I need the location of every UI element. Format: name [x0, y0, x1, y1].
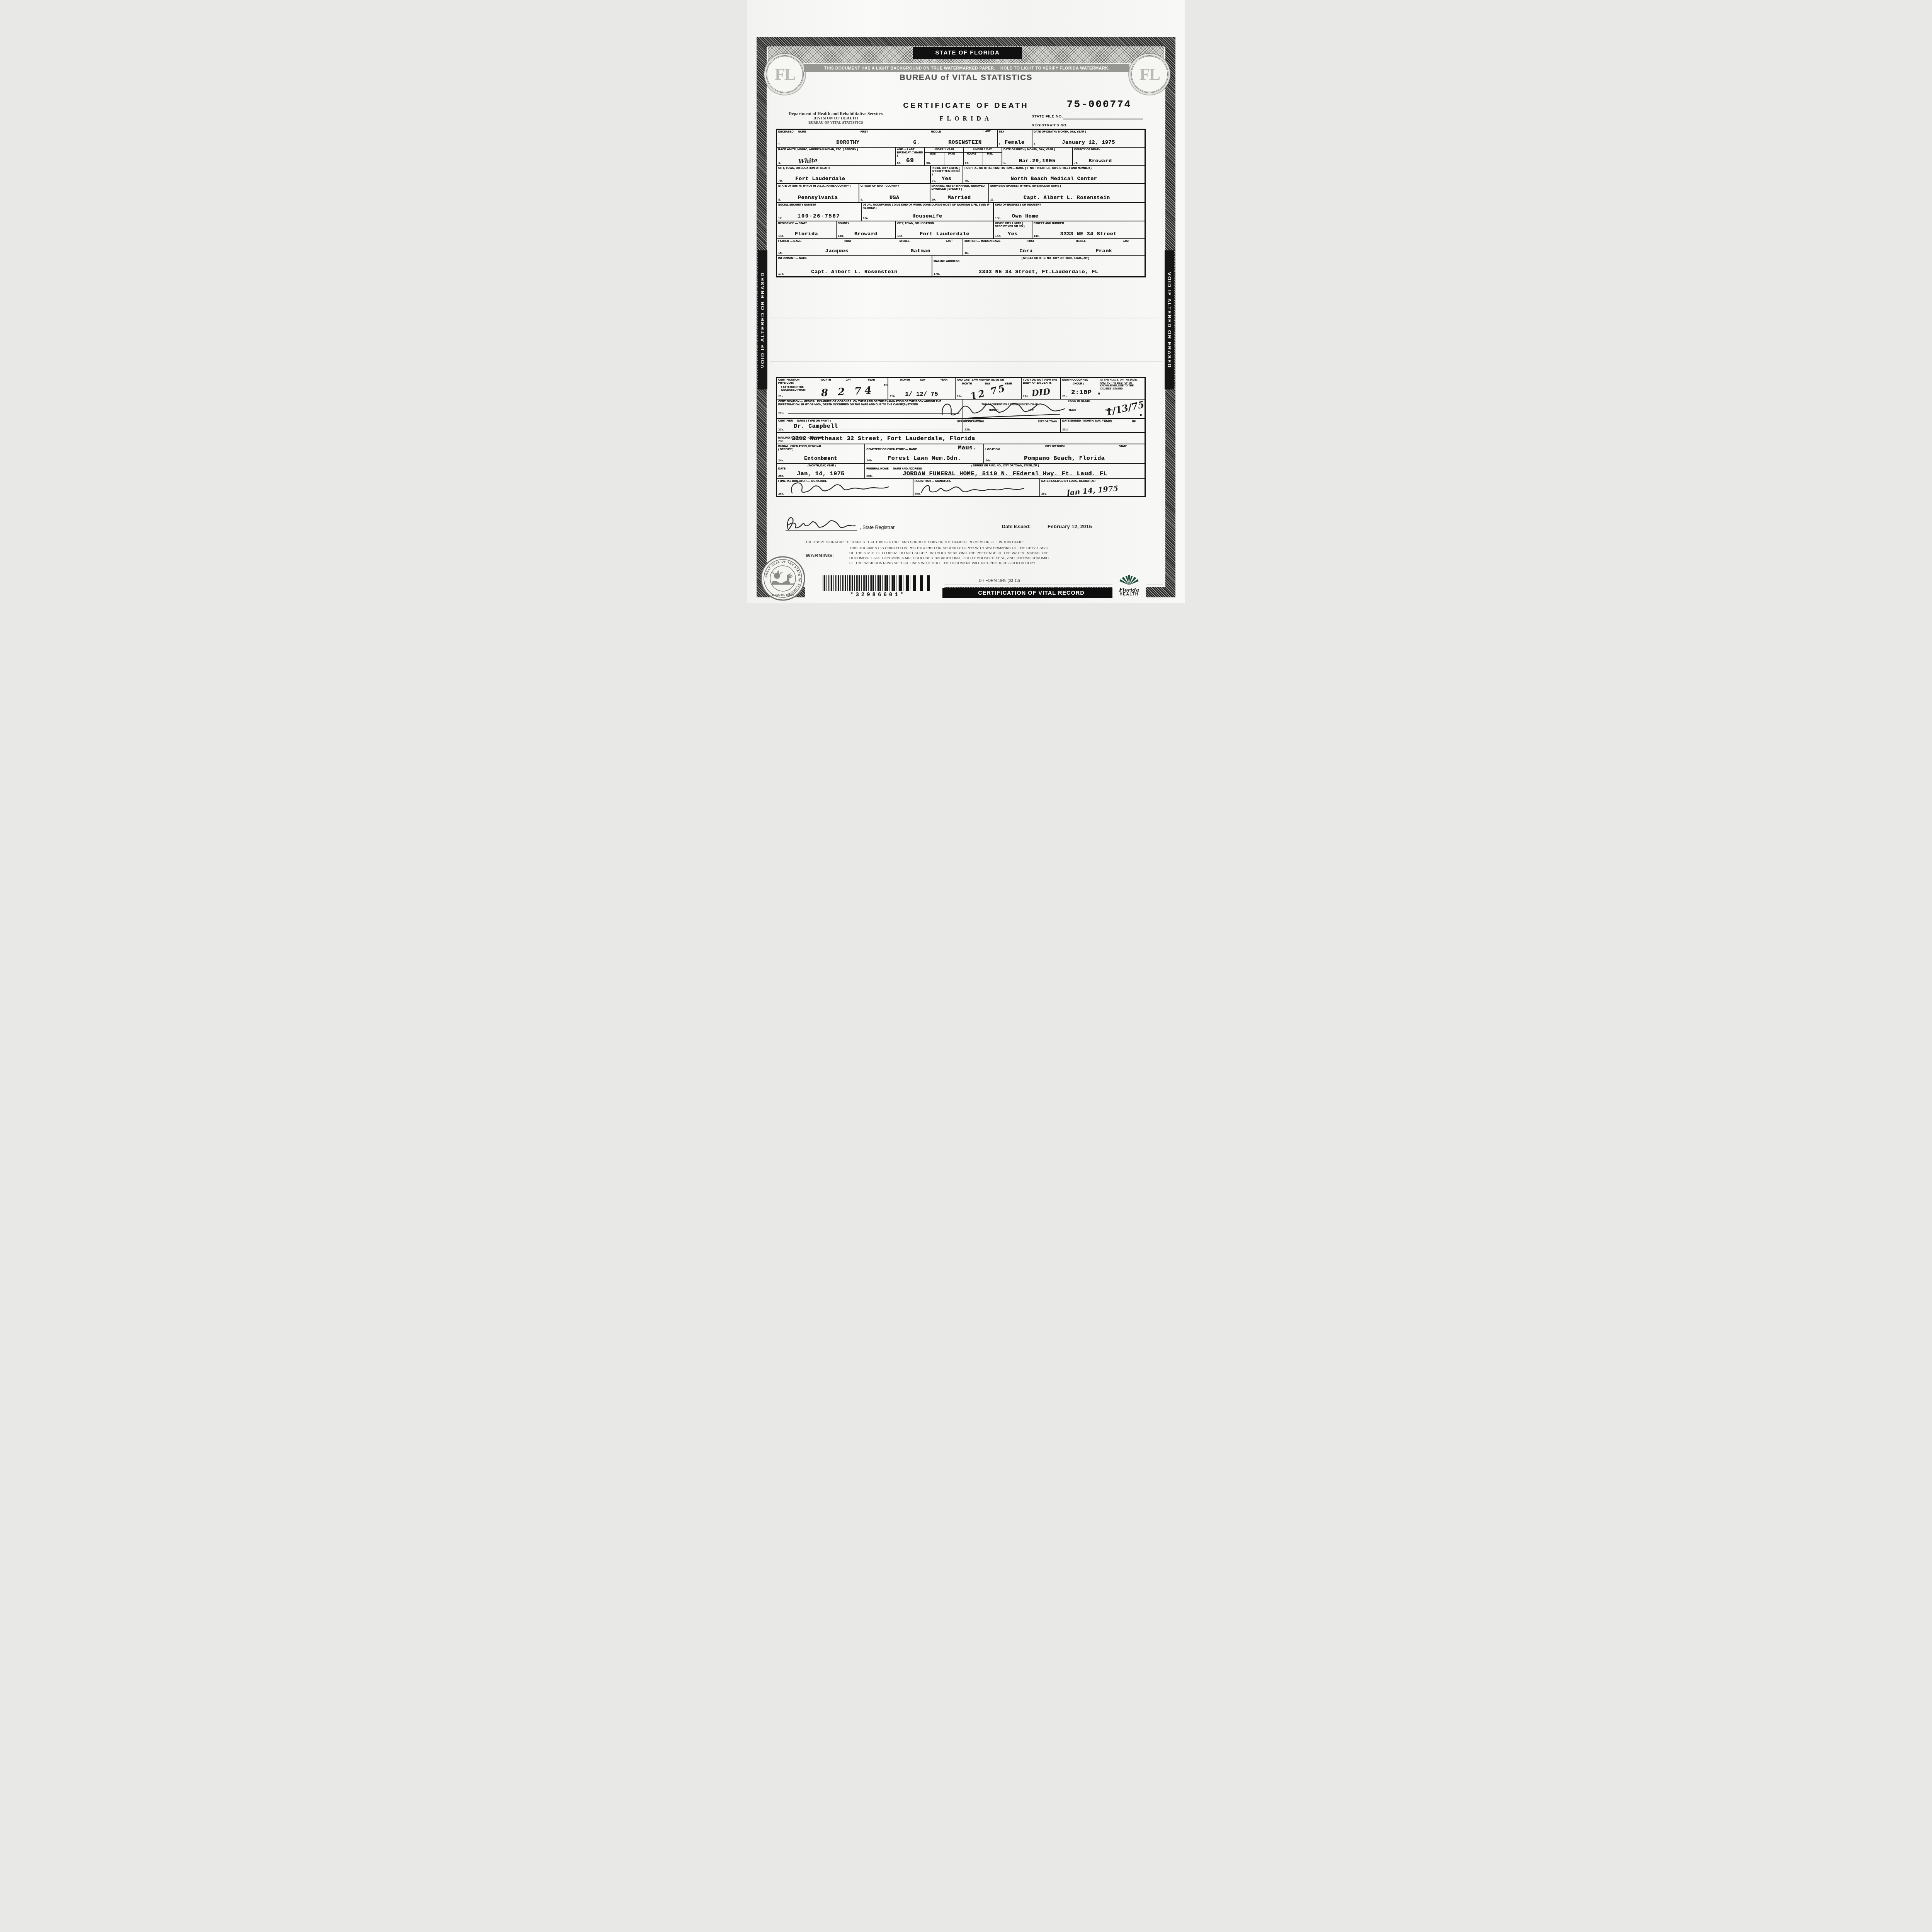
field-under-1-year: UNDER 1 YEAR MOS. DAYS 5b.	[925, 148, 964, 165]
funeral-home-value: JORDAN FUNERAL HOME, 5110 N. FEderal Hwy…	[865, 470, 1145, 477]
item-number: 23a.	[778, 428, 784, 431]
certifier-name-label: CERTIFIER — NAME ( TYPE OR PRINT )	[778, 420, 961, 423]
state-of-florida-bar: STATE OF FLORIDA	[913, 47, 1022, 59]
item-number: 21a.	[778, 395, 784, 398]
death-occurred-right-text: AT THE PLACE, ON THE DATE, AND, TO THE B…	[1100, 379, 1143, 390]
funeral-date-value: Jan, 14, 1975	[777, 471, 864, 477]
form-row-8: INFORMANT — NAME 17a. Capt. Albert L. Ro…	[777, 256, 1145, 276]
county-of-death-value: Broward	[1073, 158, 1145, 164]
date-issued-label: Date Issued:	[1002, 524, 1031, 529]
state-file-number: 75-000774	[1067, 99, 1131, 110]
attended-from-date-handwritten: 8 2 74	[821, 384, 875, 399]
funeral-director-signature-scrawl	[785, 480, 897, 495]
ssn-label: SOCIAL SECURITY NUMBER	[778, 204, 860, 207]
barcode-text: *32986601*	[823, 592, 933, 598]
field-sex: LAST SEX 2. Female	[998, 130, 1032, 147]
middle-col-label: MIDDLE	[931, 131, 941, 133]
father-last-name: Gatman	[911, 248, 931, 254]
field-mother-name: MOTHER — MAIDEN NAME FIRST MIDDLE LAST 1…	[963, 239, 1145, 255]
examiner-signature-line	[788, 413, 959, 414]
days-label: DAYS	[948, 153, 955, 155]
residence-street-label: STREET AND NUMBER	[1034, 222, 1143, 225]
did-view-label: I DID / DID NOT VIEW THE BODY AFTER DEAT…	[1023, 379, 1059, 385]
field-ssn: SOCIAL SECURITY NUMBER 12. 100-26-7587	[777, 203, 862, 221]
field-date-of-death: DATE OF DEATH ( MONTH, DAY, YEAR ) 3. Ja…	[1032, 130, 1145, 147]
field-attended-to: TO MONTH DAY YEAR 21b. 1/ 12/ 75	[888, 378, 956, 399]
year-col-label: YEAR	[868, 379, 875, 381]
field-registrar-signature: REGISTRAR — SIGNATURE 26b.	[913, 479, 1040, 496]
month-col-label: MONTH	[962, 383, 972, 385]
item-number: 23c.	[778, 439, 784, 443]
seal-motto: IN GOD WE TRUST	[772, 594, 794, 597]
first-col-label: FIRST	[844, 240, 852, 243]
age-label: AGE — LAST BIRTHDAY ( YEARS )	[897, 148, 923, 157]
funeral-date-sublabel: ( MONTH, DAY, YEAR )	[808, 464, 836, 467]
month-col-label: MONTH	[900, 379, 910, 381]
fold-line	[770, 361, 1162, 362]
field-burial-type: BURIAL, CREMATION, REMOVAL ( SPECIFY ) 2…	[777, 444, 865, 463]
informant-mailing-label: MAILING ADDRESS	[934, 260, 959, 263]
middle-col-label: MIDDLE	[900, 240, 910, 243]
hour-of-death-value: 2:10P	[1071, 389, 1092, 396]
age-value: 69	[896, 157, 924, 164]
field-surviving-spouse: SURVIVING SPOUSE ( IF WIFE, GIVE MAIDEN …	[989, 184, 1145, 202]
date-received-handwritten: Jan 14, 1975	[1040, 482, 1145, 499]
last-col-label: LAST	[1123, 240, 1130, 243]
inside-city-limits-value: Yes	[931, 176, 963, 182]
dh-form-number: DH FORM 1946 (03-13)	[979, 579, 1020, 583]
location-label: LOCATION	[985, 448, 1000, 451]
state-registrar-caption: , State Registrar	[860, 525, 895, 530]
field-date-received: DATE RECEIVED BY LOCAL REGISTRAR 26c. Ja…	[1040, 479, 1145, 496]
hour-sublabel: ( HOUR )	[1073, 383, 1083, 385]
industry-label: KIND OF BUSINESS OR INDUSTRY	[995, 204, 1143, 207]
first-col-label: FIRST	[861, 131, 868, 133]
deceased-last-name: ROSENSTEIN	[949, 140, 982, 146]
deceased-middle-name: G.	[913, 140, 920, 146]
hour-of-death-label: HOUR OF DEATH	[1068, 400, 1090, 403]
first-col-label: FIRST	[1027, 240, 1034, 243]
hospital-value: North Beach Medical Center	[963, 176, 1145, 182]
cert-row-burial: BURIAL, CREMATION, REMOVAL ( SPECIFY ) 2…	[777, 444, 1145, 464]
state-col-label: STATE	[1104, 420, 1112, 423]
meridiem-label: M.	[1140, 414, 1143, 417]
year-col-label: YEAR	[940, 379, 947, 381]
occupation-value: Housewife	[862, 214, 993, 219]
registrar-signature-scrawl	[918, 481, 1027, 495]
date-issued-value: February 12, 2015	[1048, 524, 1092, 529]
void-if-altered-bar-left: VOID IF ALTERED OR ERASED	[758, 250, 767, 389]
field-funeral-date: DATE ( MONTH, DAY, YEAR ) 25a. Jan, 14, …	[777, 464, 865, 478]
field-residence-county: COUNTY 14b. Broward	[837, 221, 896, 238]
day-col-label: DAY	[985, 383, 990, 385]
state-file-no-line	[1063, 119, 1143, 119]
middle-col-label: MIDDLE	[1076, 240, 1086, 243]
item-number: 4.	[778, 161, 781, 165]
day-col-label: DAY	[920, 379, 926, 381]
burial-sublabel: ( SPECIFY )	[778, 448, 863, 451]
min-label: MIN.	[987, 153, 993, 155]
city-of-death-label: CITY, TOWN, OR LOCATION OF DEATH	[778, 167, 929, 170]
field-hospital: HOSPITAL OR OTHER INSTITUTION — NAME ( I…	[963, 166, 1145, 183]
last-saw-label: AND LAST SAW HIM/HER ALIVE ON	[957, 379, 1020, 382]
location-value: Pompano Beach, Florida	[984, 455, 1145, 462]
certification-table: CERTIFICATION — PHYSICIAN: I ATTENDED TH…	[776, 377, 1146, 497]
date-signed-label: DATE SIGNED ( MONTH, DAY, YEAR )	[1062, 420, 1143, 423]
sunburst-icon	[1119, 574, 1139, 586]
item-number: 5b.	[926, 161, 931, 165]
sex-value: Female	[998, 140, 1032, 146]
cell-divider	[983, 152, 983, 165]
field-last-saw-alive: AND LAST SAW HIM/HER ALIVE ON MONTH DAY …	[956, 378, 1022, 399]
field-inside-city-limits-death: INSIDE CITY LIMITS ( SPECIFY YES OR NO )…	[931, 166, 964, 183]
form-row-1: DECEASED — NAME FIRST MIDDLE 1. DOROTHY …	[777, 130, 1145, 148]
citizen-of-value: USA	[859, 195, 930, 201]
day-col-label: DAY	[845, 379, 851, 381]
death-occurred-label: DEATH OCCURRED	[1062, 379, 1098, 382]
last-col-label: LAST	[946, 240, 953, 243]
field-residence-city: CITY, TOWN, OR LOCATION 14c. Fort Lauder…	[896, 221, 994, 238]
state-col-label: STATE	[1119, 445, 1127, 448]
residence-street-value: 3333 NE 34 Street	[1032, 231, 1145, 237]
residence-county-label: COUNTY	[838, 222, 894, 225]
state-of-birth-label: STATE OF BIRTH ( IF NOT IN U.S.A., NAME …	[778, 185, 857, 188]
item-number: 16.	[964, 251, 969, 255]
race-label: RACE WHITE, NEGRO, AMERICAN INDIAN, ETC.…	[778, 148, 894, 151]
field-date-of-birth: DATE OF BIRTH ( MONTH, DAY, YEAR ) 6. Ma…	[1002, 148, 1073, 165]
informant-mailing-sublabel: ( STREET OR R.F.D. NO., CITY OR TOWN, ST…	[1022, 257, 1089, 260]
field-deceased-name: DECEASED — NAME FIRST MIDDLE 1. DOROTHY …	[777, 130, 998, 147]
state-registrar-signature	[784, 513, 857, 533]
form-row-7: FATHER — NAME FIRST MIDDLE LAST 15. Jacq…	[777, 239, 1145, 256]
field-cemetery: CEMETERY OR CREMATORY — NAME Maus. 24b. …	[865, 444, 984, 463]
burial-label: BURIAL, CREMATION, REMOVAL	[778, 445, 863, 448]
state-file-no-label: STATE FILE NO.	[1032, 114, 1063, 119]
decedent-form-table: DECEASED — NAME FIRST MIDDLE 1. DOROTHY …	[776, 129, 1146, 277]
year-col-label: YEAR	[1068, 409, 1076, 412]
field-funeral-director-signature: FUNERAL DIRECTOR — SIGNATURE 26a.	[777, 479, 913, 496]
field-funeral-home: FUNERAL HOME — NAME AND ADDRESS ( STREET…	[865, 464, 1145, 478]
field-father-name: FATHER — NAME FIRST MIDDLE LAST 15. Jacq…	[777, 239, 963, 255]
date-received-label: DATE RECEIVED BY LOCAL REGISTRAR	[1041, 480, 1143, 483]
warning-text: THIS DOCUMENT IS PRINTED OR PHOTOCOPIED …	[849, 546, 1049, 566]
field-under-1-day: UNDER 1 DAY HOURS MIN. 5c.	[964, 148, 1002, 165]
form-row-3: CITY, TOWN, OR LOCATION OF DEATH 7b. For…	[777, 166, 1145, 184]
field-occupation: USUAL OCCUPATION ( GIVE KIND OF WORK DON…	[862, 203, 994, 221]
item-number: 1.	[778, 143, 781, 146]
field-did-view-body: I DID / DID NOT VIEW THE BODY AFTER DEAT…	[1022, 378, 1061, 399]
form-row-2: RACE WHITE, NEGRO, AMERICAN INDIAN, ETC.…	[777, 148, 1145, 166]
cemetery-value-maus: Maus.	[958, 445, 976, 451]
residence-city-label: CITY, TOWN, OR LOCATION	[897, 222, 992, 225]
year-col-label: YEAR	[1005, 383, 1012, 385]
form-row-4: STATE OF BIRTH ( IF NOT IN U.S.A., NAME …	[777, 184, 1145, 203]
certify-statement: THE ABOVE SIGNATURE CERTIFIES THAT THIS …	[806, 540, 1076, 544]
funeral-date-label: DATE	[778, 468, 786, 470]
warning-label: WARNING:	[806, 553, 834, 558]
field-residence-inside-city: INSIDE CITY LIMITS ( SPECIFY YES OR NO )…	[994, 221, 1032, 238]
city-col-label: CITY OR TOWN	[1045, 445, 1065, 448]
item-number: 22b	[778, 412, 784, 415]
county-of-death-label: COUNTY OF DEATH	[1074, 148, 1143, 151]
residence-state-value: Florida	[777, 231, 836, 237]
physician-cert-label2: PHYSICIAN:	[778, 382, 886, 385]
bottom-bar-text: CERTIFICATION OF VITAL RECORD	[978, 590, 1085, 596]
certifier-signature-scrawl	[940, 397, 1068, 422]
florida-health-wordmark2: HEALTH	[1112, 593, 1146, 597]
hours-label: HOURS	[967, 153, 976, 155]
florida-health-logo: Florida HEALTH	[1112, 574, 1146, 601]
great-seal: GREAT SEAL OF THE STATE OF FLORIDA IN GO…	[760, 556, 806, 603]
cert-row-signatures: FUNERAL DIRECTOR — SIGNATURE 26a. REGIST…	[777, 479, 1145, 496]
medical-examiner-label: CERTIFICATION — MEDICAL EXAMINER OR CORO…	[778, 400, 954, 406]
residence-inside-city-value: Yes	[994, 231, 1032, 237]
watermark-notice-bar: THIS DOCUMENT HAS A LIGHT BACKGROUND ON …	[804, 64, 1129, 72]
item-number: 23d.	[1062, 428, 1068, 431]
sex-label: SEX	[999, 131, 1031, 134]
residence-city-value: Fort Lauderdale	[896, 231, 993, 237]
meridiem-label: M	[1098, 393, 1100, 395]
attended-to-date: 1/ 12/ 75	[888, 391, 955, 398]
zip-col-label: ZIP	[1132, 420, 1136, 423]
ssn-value: 100-26-7587	[777, 214, 861, 219]
race-value-handwritten: White	[798, 156, 818, 165]
date-of-death-label: DATE OF DEATH ( MONTH, DAY, YEAR )	[1034, 131, 1143, 134]
mos-label: MOS.	[930, 153, 936, 155]
death-certificate-scan: FL FL VOID IF ALTERED OR ERASED VOID IF …	[747, 0, 1185, 603]
deceased-name-label: DECEASED — NAME	[778, 131, 996, 134]
informant-mailing-value: 3333 NE 34 Street, Ft.Lauderdale, FL	[932, 269, 1145, 275]
item-number: 15.	[778, 251, 782, 255]
field-physician-attended: CERTIFICATION — PHYSICIAN: I ATTENDED TH…	[777, 378, 888, 399]
certifier-name-line	[792, 430, 955, 430]
item-number: 23b.	[964, 428, 971, 431]
form-row-5: SOCIAL SECURITY NUMBER 12. 100-26-7587 U…	[777, 203, 1145, 221]
certification-of-vital-record-bar: CERTIFICATION OF VITAL RECORD	[942, 588, 1120, 598]
inside-city-limits-label: INSIDE CITY LIMITS ( SPECIFY YES OR NO )	[932, 167, 962, 176]
field-county-of-death: COUNTY OF DEATH 7a. Broward	[1073, 148, 1145, 165]
deceased-first-name: DOROTHY	[837, 140, 860, 146]
registrars-no-label: REGISTRAR'S NO.	[1032, 123, 1068, 128]
field-medical-examiner-cert: CERTIFICATION — MEDICAL EXAMINER OR CORO…	[777, 400, 963, 418]
informant-label: INFORMANT — NAME	[778, 257, 930, 260]
surviving-spouse-label: SURVIVING SPOUSE ( IF WIFE, GIVE MAIDEN …	[990, 185, 1143, 188]
date-of-death-value: January 12, 1975	[1032, 140, 1145, 146]
field-age: AGE — LAST BIRTHDAY ( YEARS ) 5a. 69	[896, 148, 925, 165]
father-first-name: Jacques	[825, 248, 849, 254]
residence-inside-city-label: INSIDE CITY LIMITS ( SPECIFY YES OR NO )	[995, 222, 1031, 228]
cemetery-label: CEMETERY OR CREMATORY — NAME	[866, 448, 917, 451]
mother-name-label: MOTHER — MAIDEN NAME	[964, 240, 1143, 243]
month-col-label: MONTH	[821, 379, 831, 381]
field-death-occurred-hour: DEATH OCCURRED ( HOUR ) AT THE PLACE, ON…	[1061, 378, 1145, 399]
great-seal-graphic: GREAT SEAL OF THE STATE OF FLORIDA IN GO…	[760, 556, 806, 601]
field-informant-mailing: MAILING ADDRESS ( STREET OR R.F.D. NO., …	[932, 256, 1145, 276]
certifier-name-value: Dr. Campbell	[794, 423, 838, 430]
date-of-birth-label: DATE OF BIRTH ( MONTH, DAY, YEAR )	[1003, 148, 1071, 151]
funeral-home-sublabel: ( STREET OR R.F.D. NO., CITY OR TOWN, ST…	[971, 464, 1039, 467]
item-number: 5c.	[965, 161, 969, 165]
field-race: RACE WHITE, NEGRO, AMERICAN INDIAN, ETC.…	[777, 148, 896, 165]
last-col-label: LAST	[984, 130, 991, 133]
field-marital-status: MARRIED, NEVER MARRIED, WIDOWED, DIVORCE…	[930, 184, 989, 202]
void-if-altered-bar-right: VOID IF ALTERED OR ERASED	[1165, 250, 1174, 389]
field-burial-location: LOCATION CITY OR TOWN STATE 24c. Pompano…	[984, 444, 1145, 463]
cell-divider	[944, 152, 944, 165]
barcode	[823, 575, 933, 591]
field-residence-street: STREET AND NUMBER 14e. 3333 NE 34 Street	[1032, 221, 1145, 238]
surviving-spouse-value: Capt. Albert L. Rosenstein	[989, 195, 1145, 201]
citizen-of-label: CITIZEN OF WHAT COUNTRY	[861, 185, 929, 188]
date-of-birth-value: Mar.29,1905	[1002, 158, 1072, 164]
item-number: 26a.	[778, 492, 784, 495]
city-of-death-value: Fort Lauderdale	[777, 176, 930, 182]
field-industry: KIND OF BUSINESS OR INDUSTRY 13b. Own Ho…	[994, 203, 1145, 221]
informant-value: Capt. Albert L. Rosenstein	[777, 269, 932, 275]
field-informant: INFORMANT — NAME 17a. Capt. Albert L. Ro…	[777, 256, 932, 276]
field-city-of-death: CITY, TOWN, OR LOCATION OF DEATH 7b. For…	[777, 166, 931, 183]
residence-state-label: RESIDENCE — STATE	[778, 222, 835, 225]
hospital-label: HOSPITAL OR OTHER INSTITUTION — NAME ( I…	[964, 167, 1143, 170]
occupation-label: USUAL OCCUPATION ( GIVE KIND OF WORK DON…	[863, 204, 992, 210]
industry-value: Own Home	[994, 214, 1145, 219]
form-row-6: RESIDENCE — STATE 14a. Florida COUNTY 14…	[777, 221, 1145, 239]
fold-line	[770, 318, 1162, 318]
certifier-mailing-value: 3212 Northeast 32 Street, Fort Lauderdal…	[792, 435, 975, 442]
state-bar-text: STATE OF FLORIDA	[935, 49, 1000, 56]
field-residence-state: RESIDENCE — STATE 14a. Florida	[777, 221, 837, 238]
cert-row-certifier-mailing: MAILING ADDRESS — CERTIFIER STREET OR R.…	[777, 433, 1145, 444]
mother-first-name: Cora	[1019, 248, 1032, 254]
cert-row-physician: CERTIFICATION — PHYSICIAN: I ATTENDED TH…	[777, 378, 1145, 400]
watermark-notice-text: THIS DOCUMENT HAS A LIGHT BACKGROUND ON …	[824, 66, 1110, 71]
bureau-of-vital-statistics-title: BUREAU of VITAL STATISTICS	[747, 73, 1185, 82]
funeral-home-label: FUNERAL HOME — NAME AND ADDRESS	[866, 468, 922, 470]
burial-value: Entombment	[777, 456, 864, 462]
mother-last-name: Frank	[1095, 248, 1112, 254]
void-text: VOID IF ALTERED OR ERASED	[1167, 272, 1172, 368]
father-name-label: FATHER — NAME	[778, 240, 961, 243]
cert-row-funeral-home: DATE ( MONTH, DAY, YEAR ) 25a. Jan, 14, …	[777, 464, 1145, 479]
field-state-of-birth: STATE OF BIRTH ( IF NOT IN U.S.A., NAME …	[777, 184, 859, 202]
field-citizen-of: CITIZEN OF WHAT COUNTRY 9. USA	[859, 184, 930, 202]
residence-county-value: Broward	[837, 231, 895, 237]
marital-status-label: MARRIED, NEVER MARRIED, WIDOWED, DIVORCE…	[932, 185, 987, 191]
state-of-birth-value: Pennsylvania	[777, 195, 859, 201]
marital-status-value: Married	[930, 195, 988, 201]
field-certifier-name: CERTIFIER — NAME ( TYPE OR PRINT ) 23a. …	[777, 419, 963, 432]
cemetery-value: Forest Lawn Mem.Gdn.	[865, 455, 983, 462]
to-label: TO	[884, 384, 888, 387]
void-text: VOID IF ALTERED OR ERASED	[760, 272, 765, 368]
field-certifier-mailing: MAILING ADDRESS — CERTIFIER STREET OR R.…	[777, 433, 1145, 444]
